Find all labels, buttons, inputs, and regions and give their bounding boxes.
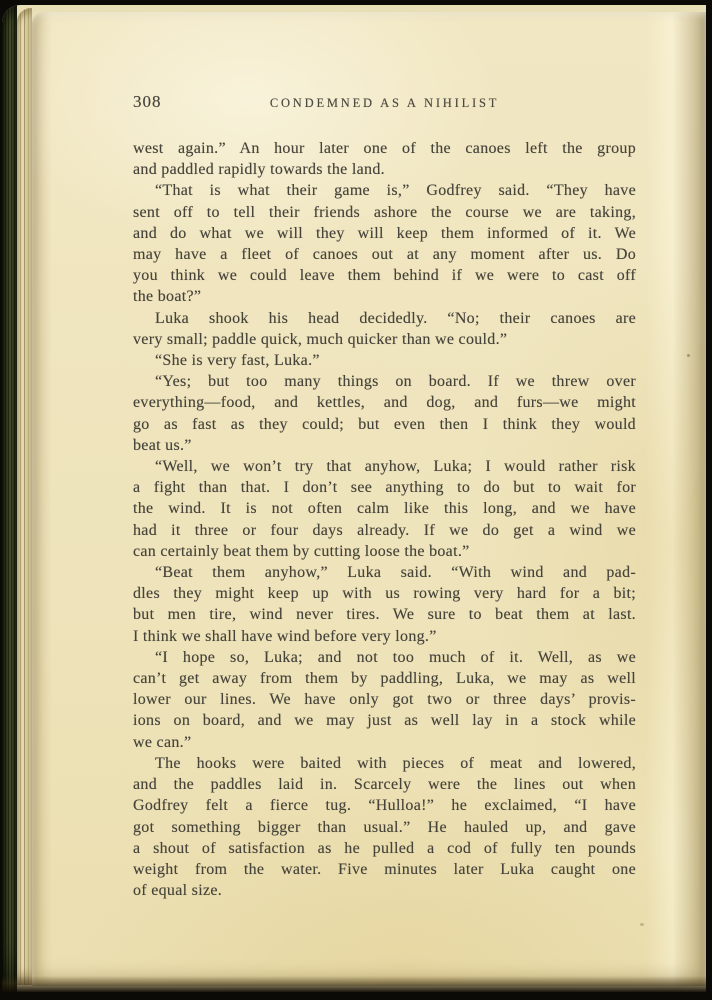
text-line: west again.” An hour later one of the ca… <box>133 138 636 159</box>
book-page: 308 CONDEMNED AS A NIHILIST west again.”… <box>2 5 706 992</box>
text-line: lower our lines. We have only got two or… <box>133 689 636 710</box>
text-line: I think we shall have wind before very l… <box>133 626 636 647</box>
printed-content: 308 CONDEMNED AS A NIHILIST west again.”… <box>133 92 636 901</box>
running-title: CONDEMNED AS A NIHILIST <box>133 96 636 111</box>
text-line: we can.” <box>133 732 636 753</box>
text-line: a fight than that. I don’t see anything … <box>133 477 636 498</box>
text-line: can’t get away from them by paddling, Lu… <box>133 668 636 689</box>
paper-speck <box>687 354 690 357</box>
text-line: “Beat them anyhow,” Luka said. “With win… <box>133 562 636 583</box>
text-line: “Yes; but too many things on board. If w… <box>133 371 636 392</box>
bottom-shadow <box>2 976 706 992</box>
text-line: very small; paddle quick, much quicker t… <box>133 329 636 350</box>
text-line: and paddled rapidly towards the land. <box>133 159 636 180</box>
text-line: “She is very fast, Luka.” <box>133 350 636 371</box>
text-line: “That is what their game is,” Godfrey sa… <box>133 180 636 201</box>
text-line: the boat?” <box>133 286 636 307</box>
text-line: but men tire, wind never tires. We sure … <box>133 604 636 625</box>
page-body: west again.” An hour later one of the ca… <box>133 138 636 901</box>
text-line: and the paddles laid in. Scarcely were t… <box>133 774 636 795</box>
text-line: and do what we will they will keep them … <box>133 223 636 244</box>
text-line: dles they might keep up with us rowing v… <box>133 583 636 604</box>
paper-surface: 308 CONDEMNED AS A NIHILIST west again.”… <box>32 12 706 986</box>
text-line: go as fast as they could; but even then … <box>133 414 636 435</box>
text-line: “I hope so, Luka; and not too much of it… <box>133 647 636 668</box>
text-line: everything—food, and kettles, and dog, a… <box>133 392 636 413</box>
text-line: The hooks were baited with pieces of mea… <box>133 753 636 774</box>
paper-speck <box>640 923 644 926</box>
page-edges-stack <box>17 8 32 985</box>
text-line: a shout of satisfaction as he pulled a c… <box>133 838 636 859</box>
text-line: Godfrey felt a fierce tug. “Hulloa!” he … <box>133 795 636 816</box>
text-line: the wind. It is not often calm like this… <box>133 498 636 519</box>
book-binding <box>2 5 17 992</box>
text-line: “Well, we won’t try that anyhow, Luka; I… <box>133 456 636 477</box>
text-line: beat us.” <box>133 435 636 456</box>
text-line: Luka shook his head decidedly. “No; thei… <box>133 308 636 329</box>
text-line: sent off to tell their friends ashore th… <box>133 202 636 223</box>
text-line: may have a fleet of canoes out at any mo… <box>133 244 636 265</box>
text-line: of equal size. <box>133 880 636 901</box>
text-line: got something bigger than usual.” He hau… <box>133 817 636 838</box>
text-line: can certainly beat them by cutting loose… <box>133 541 636 562</box>
text-line: you think we could leave them behind if … <box>133 265 636 286</box>
text-line: had it three or four days already. If we… <box>133 520 636 541</box>
text-line: weight from the water. Five minutes late… <box>133 859 636 880</box>
text-line: ions on board, and we may just as well l… <box>133 710 636 731</box>
page-header: 308 CONDEMNED AS A NIHILIST <box>133 92 636 114</box>
